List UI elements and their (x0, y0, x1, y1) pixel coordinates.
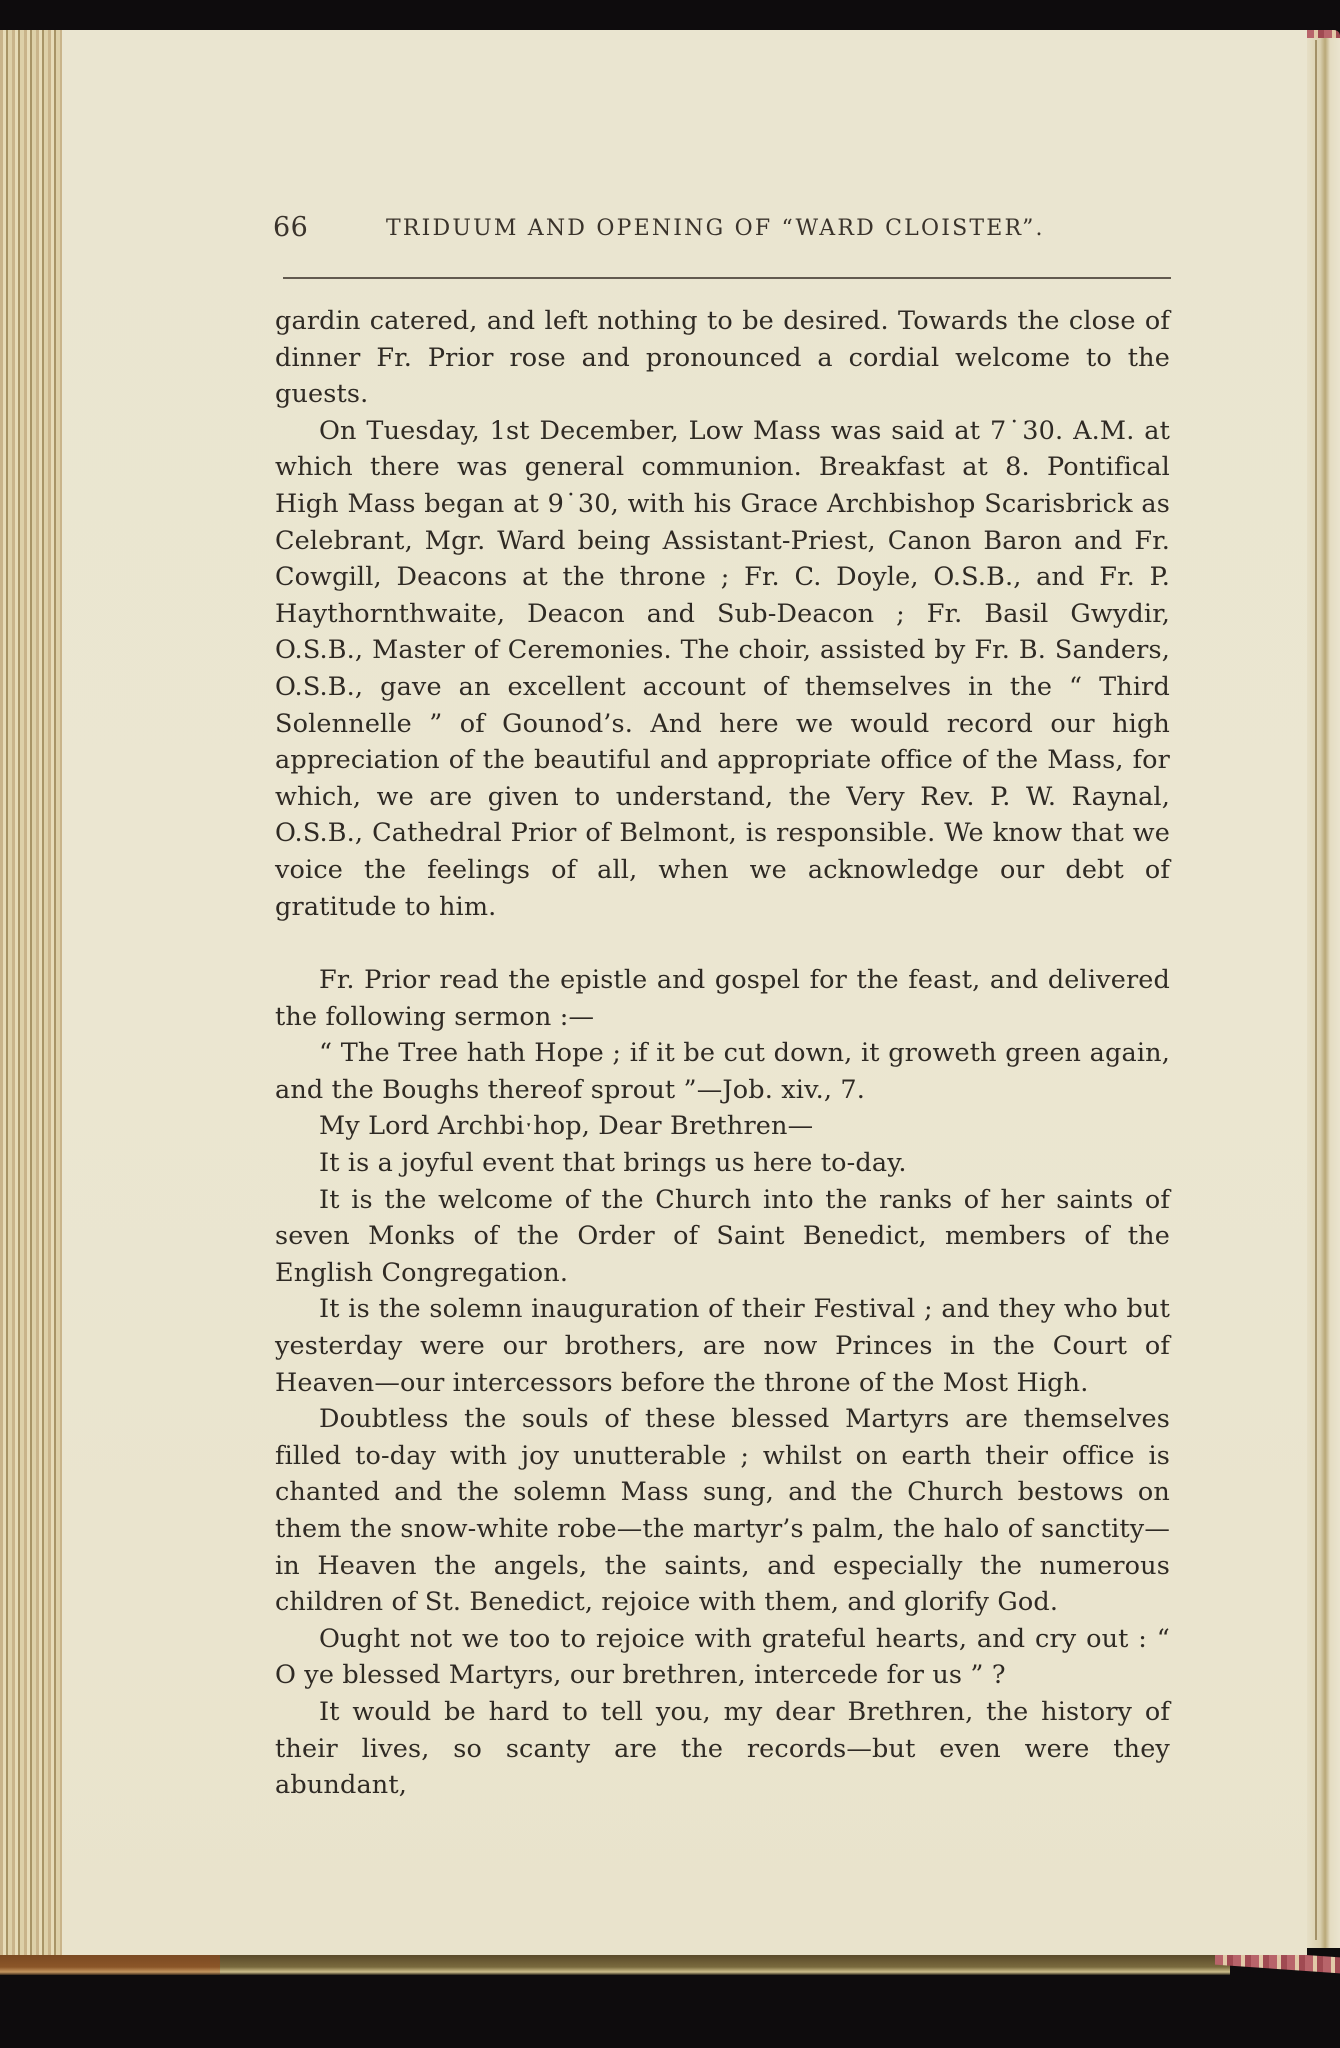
paragraph: It is the solemn inauguration of their F… (275, 1291, 1170, 1401)
scripture-quote: “ The Tree hath Hope ; if it be cut down… (275, 1035, 1170, 1108)
header-rule (283, 277, 1171, 279)
paragraph: It would be hard to tell you, my dear Br… (275, 1694, 1170, 1804)
running-title: TRIDUUM AND OPENING OF “WARD CLOISTER”. (386, 216, 1045, 241)
paragraph: It is a joyful event that brings us here… (275, 1145, 1170, 1182)
paragraph: gardin catered, and left nothing to be d… (275, 303, 1170, 413)
book-page-edges (0, 30, 70, 1955)
gutter-fold-line (1315, 40, 1317, 1940)
page-number: 66 (273, 212, 308, 243)
facing-page-edge (1307, 38, 1340, 1948)
paragraph: Fr. Prior read the epistle and gospel fo… (275, 962, 1170, 1035)
running-head: 66 TRIDUUM AND OPENING OF “WARD CLOISTER… (273, 212, 1173, 252)
salutation: My Lord Archbiˑhop, Dear Brethren— (275, 1108, 1170, 1145)
book-cover-gilt-edge (220, 1955, 1230, 1975)
paragraph: Ought not we too to rejoice with gratefu… (275, 1621, 1170, 1694)
body-text: gardin catered, and left nothing to be d… (275, 303, 1170, 1804)
paragraph: On Tuesday, 1st December, Low Mass was s… (275, 413, 1170, 925)
section-gap (275, 925, 1170, 962)
paragraph: It is the welcome of the Church into the… (275, 1182, 1170, 1292)
paragraph: Doubtless the souls of these blessed Mar… (275, 1401, 1170, 1621)
